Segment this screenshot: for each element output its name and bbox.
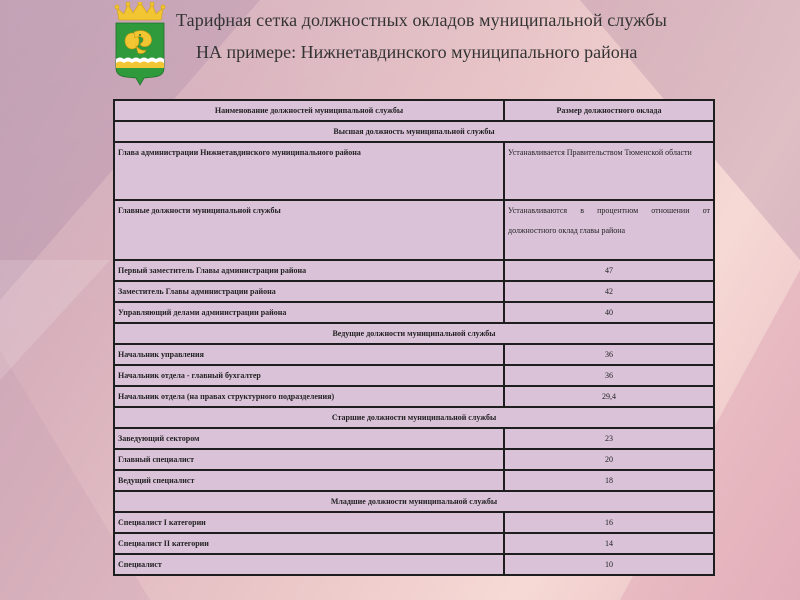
section-header-row: Высшая должность муниципальной службы <box>114 121 714 142</box>
position-name: Управляющий делами администрации района <box>114 302 504 323</box>
table-row: Начальник управления 36 <box>114 344 714 365</box>
salary-value: 20 <box>504 449 714 470</box>
table-row: Первый заместитель Главы администрации р… <box>114 260 714 281</box>
table-row: Начальник отдела - главный бухгалтер 36 <box>114 365 714 386</box>
position-name: Специалист I категории <box>114 512 504 533</box>
position-name: Заместитель Главы администрации района <box>114 281 504 302</box>
salary-note: Устанавливается Правительством Тюменской… <box>504 142 714 200</box>
background-facet <box>0 260 110 380</box>
salary-value: 36 <box>504 365 714 386</box>
position-name: Главный специалист <box>114 449 504 470</box>
table-row: Глава администрации Нижнетавдинского мун… <box>114 142 714 200</box>
position-name: Глава администрации Нижнетавдинского мун… <box>114 142 504 200</box>
salary-value: 42 <box>504 281 714 302</box>
salary-value: 23 <box>504 428 714 449</box>
salary-value: 10 <box>504 554 714 575</box>
salary-value: 40 <box>504 302 714 323</box>
salary-note: Устанавливаются в процентном отношении о… <box>504 200 714 260</box>
position-name: Первый заместитель Главы администрации р… <box>114 260 504 281</box>
position-name: Заведующий сектором <box>114 428 504 449</box>
table-row: Главные должности муниципальной службы У… <box>114 200 714 260</box>
salary-value: 18 <box>504 470 714 491</box>
table-row: Начальник отдела (на правах структурного… <box>114 386 714 407</box>
position-name: Ведущий специалист <box>114 470 504 491</box>
page-subtitle: НА примере: Нижнетавдинского муниципальн… <box>196 42 637 63</box>
table-row: Заместитель Главы администрации района 4… <box>114 281 714 302</box>
table-row: Главный специалист 20 <box>114 449 714 470</box>
section-title: Ведущие должности муниципальной службы <box>114 323 714 344</box>
table-row: Специалист I категории 16 <box>114 512 714 533</box>
position-name: Начальник отдела (на правах структурного… <box>114 386 504 407</box>
table-header-row: Наименование должностей муниципальной сл… <box>114 100 714 121</box>
salary-value: 47 <box>504 260 714 281</box>
salary-value: 29,4 <box>504 386 714 407</box>
column-header-salary: Размер должностного оклада <box>504 100 714 121</box>
section-header-row: Ведущие должности муниципальной службы <box>114 323 714 344</box>
position-name: Специалист II категории <box>114 533 504 554</box>
table-row: Специалист II категории 14 <box>114 533 714 554</box>
column-header-position: Наименование должностей муниципальной сл… <box>114 100 504 121</box>
salary-value: 14 <box>504 533 714 554</box>
section-title: Старшие должности муниципальной службы <box>114 407 714 428</box>
page-title: Тарифная сетка должностных окладов муниц… <box>176 10 667 31</box>
position-name: Начальник отдела - главный бухгалтер <box>114 365 504 386</box>
section-header-row: Младшие должности муниципальной службы <box>114 491 714 512</box>
salary-value: 36 <box>504 344 714 365</box>
table-row: Заведующий сектором 23 <box>114 428 714 449</box>
position-name: Главные должности муниципальной службы <box>114 200 504 260</box>
salary-value: 16 <box>504 512 714 533</box>
table-row: Ведущий специалист 18 <box>114 470 714 491</box>
section-title: Высшая должность муниципальной службы <box>114 121 714 142</box>
table-row: Управляющий делами администрации района … <box>114 302 714 323</box>
coat-of-arms-icon <box>114 2 166 86</box>
salary-table: Наименование должностей муниципальной сл… <box>113 99 715 576</box>
crown-icon <box>115 2 165 20</box>
position-name: Специалист <box>114 554 504 575</box>
section-header-row: Старшие должности муниципальной службы <box>114 407 714 428</box>
table-row: Специалист 10 <box>114 554 714 575</box>
position-name: Начальник управления <box>114 344 504 365</box>
section-title: Младшие должности муниципальной службы <box>114 491 714 512</box>
